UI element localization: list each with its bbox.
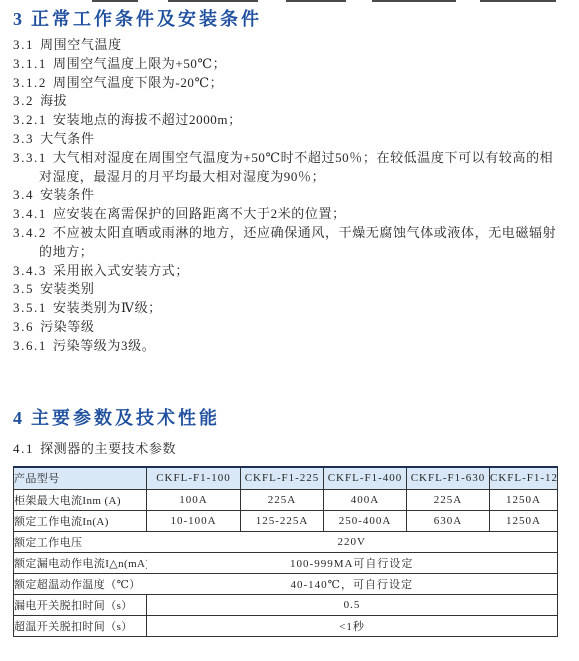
clause-number: 3.2 (13, 93, 34, 108)
section4-title: 主要参数及技术性能 (31, 408, 220, 428)
column-header-model-1250: CKFL-F1-1250 (490, 467, 558, 489)
clause-number: 3.5 (13, 281, 34, 296)
row-label: 柜架最大电流Inm (A) (14, 489, 147, 510)
document-page: 3正常工作条件及安装条件 3.1周围空气温度 3.1.1周围空气温度上限为+50… (0, 0, 579, 661)
clause-line: 3.3.1大气相对湿度在周围空气温度为+50℃时不超过50％；在较低温度下可以有… (13, 149, 573, 168)
row-label: 额定工作电压 (14, 531, 147, 552)
clause-text: 海拔 (40, 93, 67, 108)
clause-text: 大气相对湿度在周围空气温度为+50℃时不超过50％；在较低温度下可以有较高的相 (53, 150, 553, 165)
table-row-leakage-action-current: 额定漏电动作电流I△n(mA) 100-999MA可自行设定 (14, 552, 558, 573)
clause-number: 3.3 (13, 131, 34, 146)
page-edge-artifact (372, 0, 456, 2)
clause-line: 3.4.3采用嵌入式安装方式； (13, 262, 573, 281)
clause-number: 3.5.1 (13, 300, 47, 315)
clause-number: 3.1.1 (13, 56, 47, 71)
value-cell: 1250A (490, 489, 558, 510)
row-label: 额定超温动作温度（℃） (14, 573, 147, 594)
clause-text: 安装地点的海拔不超过2000m； (53, 112, 242, 127)
clause-line: 3.1.2周围空气温度下限为-20℃； (13, 74, 573, 93)
value-cell: 400A (324, 489, 407, 510)
table-row-overtemp-action-temperature: 额定超温动作温度（℃） 40-140℃，可自行设定 (14, 573, 558, 594)
clause-number: 3.4.2 (13, 225, 47, 240)
row-label: 漏电开关脱扣时间（s） (14, 594, 147, 615)
section4-heading: 4主要参数及技术性能 (13, 404, 220, 430)
value-cell: 225A (407, 489, 490, 510)
table-row-rated-working-current: 额定工作电流In(A) 10-100A 125-225A 250-400A 63… (14, 510, 558, 531)
clause-text: 大气条件 (40, 131, 94, 146)
section3-clauses: 3.1周围空气温度 3.1.1周围空气温度上限为+50℃； 3.1.2周围空气温… (13, 36, 573, 356)
clause-line: 3.4.2不应被太阳直晒或雨淋的地方，还应确保通风，干燥无腐蚀气体或液体，无电磁… (13, 224, 573, 243)
clause-text: 的地方； (39, 244, 93, 259)
value-cell: 630A (407, 510, 490, 531)
clause-text: 不应被太阳直晒或雨淋的地方，还应确保通风，干燥无腐蚀气体或液体，无电磁辐射 (53, 225, 556, 240)
clause-text: 安装类别 (40, 281, 94, 296)
clause-number: 3.4.1 (13, 206, 47, 221)
section3-title: 正常工作条件及安装条件 (31, 9, 262, 29)
spanned-value-cell: <1秒 (147, 615, 558, 636)
column-header-model-400: CKFL-F1-400 (324, 467, 407, 489)
spanned-value-cell: 100-999MA可自行设定 (147, 552, 558, 573)
section3-number: 3 (13, 9, 22, 29)
spec-table: 产品型号 CKFL-F1-100 CKFL-F1-225 CKFL-F1-400… (13, 466, 558, 637)
clause-line: 3.4.1应安装在离需保护的回路距离不大于2米的位置； (13, 205, 573, 224)
clause-text: 安装条件 (40, 187, 94, 202)
clause-number: 3.1 (13, 37, 34, 52)
value-cell: 125-225A (241, 510, 324, 531)
clause-number: 3.3.1 (13, 150, 47, 165)
clause-number: 3.6 (13, 319, 34, 334)
spanned-value-cell: 40-140℃，可自行设定 (147, 573, 558, 594)
clause-line: 3.2.1安装地点的海拔不超过2000m； (13, 111, 573, 130)
clause-text: 采用嵌入式安装方式； (53, 263, 189, 278)
subheading-number: 4.1 (13, 441, 34, 456)
page-edge-artifact (92, 0, 138, 2)
value-cell: 100A (147, 489, 241, 510)
column-header-model-100: CKFL-F1-100 (147, 467, 241, 489)
clause-number: 3.2.1 (13, 112, 47, 127)
clause-text: 污染等级 (40, 319, 94, 334)
value-cell: 250-400A (324, 510, 407, 531)
row-label: 额定漏电动作电流I△n(mA) (14, 552, 147, 573)
clause-text: 周围空气温度下限为-20℃； (53, 75, 223, 90)
spanned-value-cell: 0.5 (147, 594, 558, 615)
table-row-overtemp-trip-time: 超温开关脱扣时间（s） <1秒 (14, 615, 558, 636)
clause-line: 3.1.1周围空气温度上限为+50℃； (13, 55, 573, 74)
table-row-leakage-trip-time: 漏电开关脱扣时间（s） 0.5 (14, 594, 558, 615)
clause-line: 3.5.1安装类别为Ⅳ级； (13, 299, 573, 318)
section4-number: 4 (13, 408, 22, 428)
clause-text: 周围空气温度上限为+50℃； (53, 56, 226, 71)
clause-line: 3.2海拔 (13, 92, 573, 111)
table-row-rated-voltage: 额定工作电压 220V (14, 531, 558, 552)
clause-line: 3.6污染等级 (13, 318, 573, 337)
clause-number: 3.4 (13, 187, 34, 202)
clause-text: 对湿度，最湿月的月平均最大相对湿度为90％； (39, 169, 325, 184)
clause-number: 3.1.2 (13, 75, 47, 90)
clause-text: 应安装在离需保护的回路距离不大于2米的位置； (53, 206, 346, 221)
clause-line: 3.1周围空气温度 (13, 36, 573, 55)
column-header-product-model: 产品型号 (14, 467, 147, 489)
clause-text: 周围空气温度 (40, 37, 122, 52)
column-header-model-630: CKFL-F1-630 (407, 467, 490, 489)
row-label: 超温开关脱扣时间（s） (14, 615, 147, 636)
clause-continuation-line: 的地方； (13, 243, 573, 262)
subheading-text: 探测器的主要技术参数 (40, 441, 176, 456)
page-edge-artifact (168, 0, 258, 2)
clause-text: 安装类别为Ⅳ级； (53, 300, 162, 315)
section3-heading: 3正常工作条件及安装条件 (13, 5, 262, 31)
clause-line: 3.5安装类别 (13, 280, 573, 299)
clause-number: 3.4.3 (13, 263, 47, 278)
table-row-max-frame-current: 柜架最大电流Inm (A) 100A 225A 400A 225A 1250A (14, 489, 558, 510)
clause-continuation-line: 对湿度，最湿月的月平均最大相对湿度为90％； (13, 168, 573, 187)
clause-number: 3.6.1 (13, 338, 47, 353)
table-header-row: 产品型号 CKFL-F1-100 CKFL-F1-225 CKFL-F1-400… (14, 467, 558, 489)
clause-line: 3.4安装条件 (13, 186, 573, 205)
spanned-value-cell: 220V (147, 531, 558, 552)
column-header-model-225: CKFL-F1-225 (241, 467, 324, 489)
value-cell: 1250A (490, 510, 558, 531)
section4-subheading: 4.1探测器的主要技术参数 (13, 438, 176, 457)
value-cell: 225A (241, 489, 324, 510)
clause-line: 3.3大气条件 (13, 130, 573, 149)
row-label: 额定工作电流In(A) (14, 510, 147, 531)
page-edge-artifact (286, 0, 346, 2)
value-cell: 10-100A (147, 510, 241, 531)
clause-text: 污染等级为3级。 (53, 338, 155, 353)
page-edge-artifact (480, 0, 556, 2)
clause-line: 3.6.1污染等级为3级。 (13, 337, 573, 356)
